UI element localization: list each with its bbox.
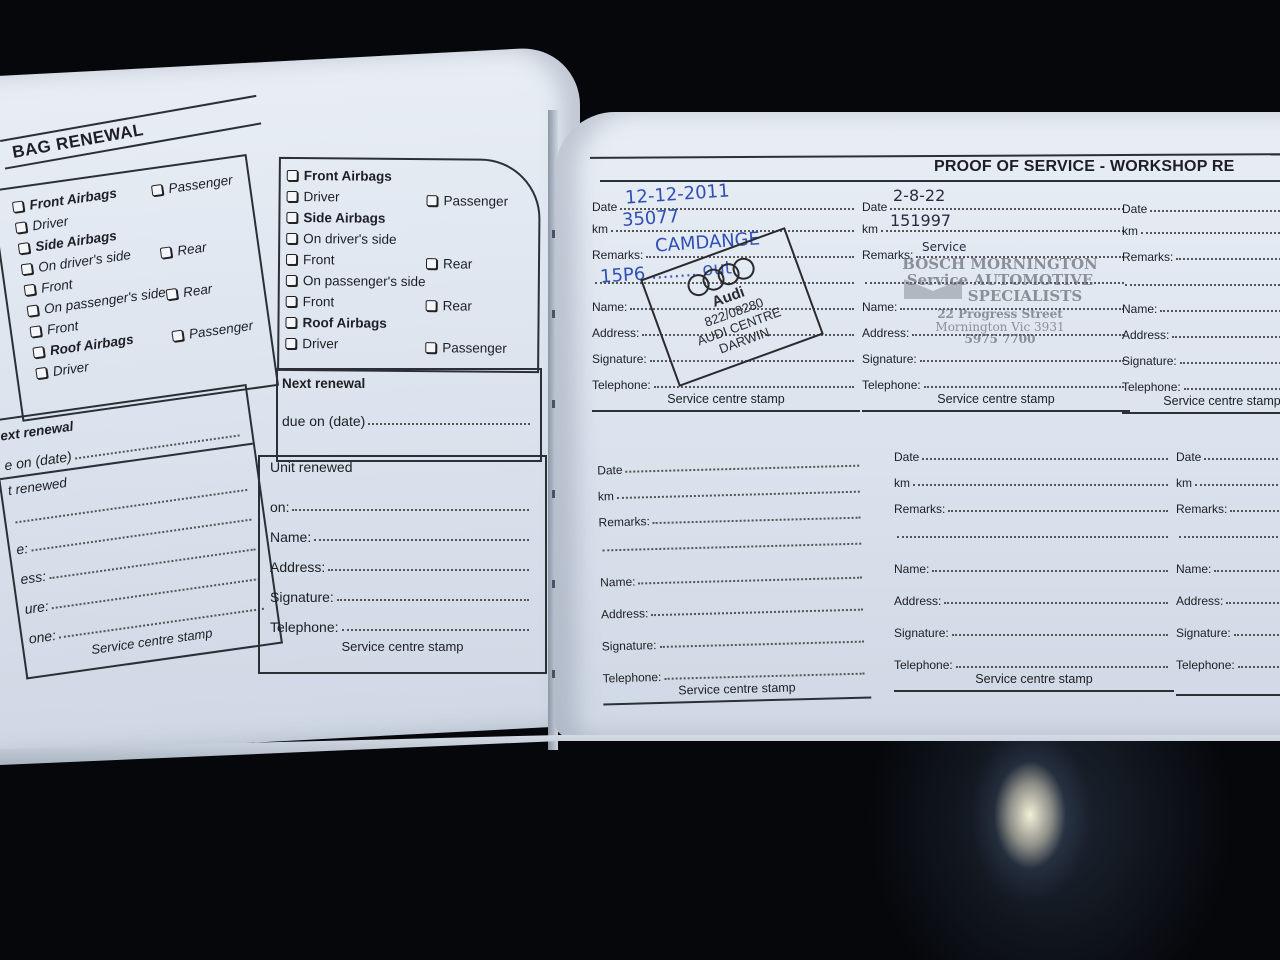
checkbox-on-drivers-side-b[interactable]: On driver's side: [286, 228, 538, 251]
name-field[interactable]: Name:: [1176, 542, 1280, 576]
service-stamp-label: Service centre stamp: [592, 392, 860, 406]
checkbox-icon[interactable]: [427, 195, 438, 206]
proof-of-service-title: PROOF OF SERVICE - WORKSHOP RE: [934, 158, 1235, 176]
service-stamp-label: Service centre stamp: [894, 672, 1174, 686]
handwritten-remarks-2: Service: [922, 240, 966, 254]
checkbox-rear-b2[interactable]: Rear: [426, 298, 472, 313]
checkbox-icon[interactable]: [286, 296, 297, 307]
checkbox-icon[interactable]: [12, 201, 24, 213]
remarks-field[interactable]: Remarks:: [894, 490, 1174, 516]
checkbox-rear-b1[interactable]: Rear: [426, 256, 472, 271]
checkbox-icon[interactable]: [166, 288, 178, 300]
checkbox-icon[interactable]: [285, 338, 296, 349]
checkbox-icon[interactable]: [285, 317, 296, 328]
remarks-field-line2[interactable]: [894, 516, 1174, 542]
airbag-checklist-box-a: Front Airbags Passenger Driver Side Airb…: [0, 154, 279, 422]
checkbox-icon[interactable]: [35, 367, 47, 379]
checkbox-icon[interactable]: [426, 300, 437, 311]
signature-field[interactable]: Signature:: [1122, 342, 1280, 368]
checkbox-front-airbags-b[interactable]: Front Airbags: [287, 165, 539, 188]
name-field[interactable]: Name:: [1122, 290, 1280, 316]
unit-renewed-title-b: Unit renewed: [270, 459, 535, 475]
service-entry-6: Date km Remarks: Name: Address: Signatur…: [1176, 438, 1280, 696]
checkbox-icon[interactable]: [287, 191, 298, 202]
checkbox-front-b2[interactable]: Front: [286, 291, 538, 314]
checkbox-icon[interactable]: [160, 246, 172, 258]
checkbox-icon[interactable]: [425, 342, 436, 353]
checkbox-icon[interactable]: [21, 263, 33, 275]
renewal-record-box-a: ext renewal e on (date) t renewed e: ess…: [0, 384, 283, 679]
name-field[interactable]: Name:: [894, 542, 1174, 576]
checkbox-passenger-b2[interactable]: Passenger: [425, 340, 507, 356]
checkbox-icon[interactable]: [15, 221, 27, 233]
checkbox-roof-airbags-b[interactable]: Roof Airbags: [285, 312, 537, 335]
checkbox-icon[interactable]: [426, 258, 437, 269]
next-renewal-title-b: Next renewal: [282, 376, 536, 391]
checkbox-icon[interactable]: [286, 254, 297, 265]
checkbox-icon[interactable]: [286, 275, 297, 286]
service-stamp-label: Service centre stamp: [1122, 394, 1280, 408]
remarks-field-line2[interactable]: [1122, 264, 1280, 290]
renewed-on-field-b[interactable]: on:: [270, 485, 535, 515]
checkbox-icon[interactable]: [287, 170, 298, 181]
address-field[interactable]: Address:: [1122, 316, 1280, 342]
km-field[interactable]: km: [1176, 464, 1280, 490]
service-entry-5: Date km Remarks: Name: Address: Signatur…: [894, 438, 1174, 692]
bosch-workshop-stamp: BOSCH MORNINGTON Service AUTOMOTIVE SPEC…: [900, 257, 1100, 346]
km-field[interactable]: km: [894, 464, 1174, 490]
airbag-checklist-box-b: Front Airbags Driver Passenger Side Airb…: [277, 157, 541, 373]
checkbox-icon[interactable]: [286, 233, 297, 244]
remarks-field[interactable]: Remarks:: [1122, 238, 1280, 264]
checkbox-icon[interactable]: [29, 325, 41, 337]
address-field-b[interactable]: Address:: [270, 545, 535, 575]
km-field[interactable]: km: [1122, 216, 1280, 238]
due-on-field-b[interactable]: due on (date): [282, 399, 536, 429]
handwritten-date-2: 2-8-22: [893, 186, 945, 205]
checkbox-side-airbags-b[interactable]: Side Airbags: [286, 207, 538, 230]
address-field[interactable]: Address:: [894, 576, 1174, 608]
name-field-b[interactable]: Name:: [270, 515, 535, 545]
telephone-field[interactable]: Telephone:: [592, 366, 860, 392]
service-entry-3: Date km Remarks: Name: Address: Signatur…: [1122, 194, 1280, 414]
address-field[interactable]: Address:: [1176, 576, 1280, 608]
signature-field[interactable]: Signature:: [894, 608, 1174, 640]
checkbox-icon[interactable]: [27, 305, 39, 317]
telephone-field[interactable]: Telephone:: [862, 366, 1130, 392]
checkbox-on-passengers-side-b[interactable]: On passenger's side: [286, 270, 538, 293]
unit-renewed-box-b: Unit renewed on: Name: Address: Signatur…: [258, 455, 547, 674]
remarks-field[interactable]: Remarks:: [1176, 490, 1280, 516]
binding-stitches: [552, 230, 556, 690]
telephone-field-b[interactable]: Telephone:: [270, 605, 535, 635]
telephone-field[interactable]: Telephone:: [894, 640, 1174, 672]
checkbox-icon[interactable]: [171, 330, 183, 342]
telephone-field[interactable]: Telephone:: [1176, 640, 1280, 672]
service-entry-4: Date km Remarks: Name: Address: Signatur…: [597, 445, 872, 706]
handwritten-km-2: 151997: [890, 211, 951, 230]
checkbox-icon[interactable]: [286, 212, 297, 223]
checkbox-icon[interactable]: [18, 242, 30, 254]
checkbox-passenger-b[interactable]: Passenger: [426, 193, 508, 209]
date-field[interactable]: Date: [1176, 438, 1280, 464]
remarks-field-line2[interactable]: [1176, 516, 1280, 542]
checkbox-front-b1[interactable]: Front: [286, 249, 538, 272]
date-field[interactable]: Date: [1122, 194, 1280, 216]
checkbox-icon[interactable]: [24, 284, 36, 296]
handwritten-km-1: 35077: [621, 206, 680, 231]
service-stamp-label-b: Service centre stamp: [270, 639, 535, 654]
checkbox-icon[interactable]: [32, 346, 44, 358]
signature-field[interactable]: Signature:: [1176, 608, 1280, 640]
checkbox-icon[interactable]: [151, 184, 163, 196]
telephone-field[interactable]: Telephone:: [1122, 368, 1280, 394]
next-renewal-box-b: Next renewal due on (date): [276, 368, 542, 462]
date-field[interactable]: Date: [894, 438, 1174, 464]
service-stamp-label: Service centre stamp: [862, 392, 1130, 406]
signature-field-b[interactable]: Signature:: [270, 575, 535, 605]
